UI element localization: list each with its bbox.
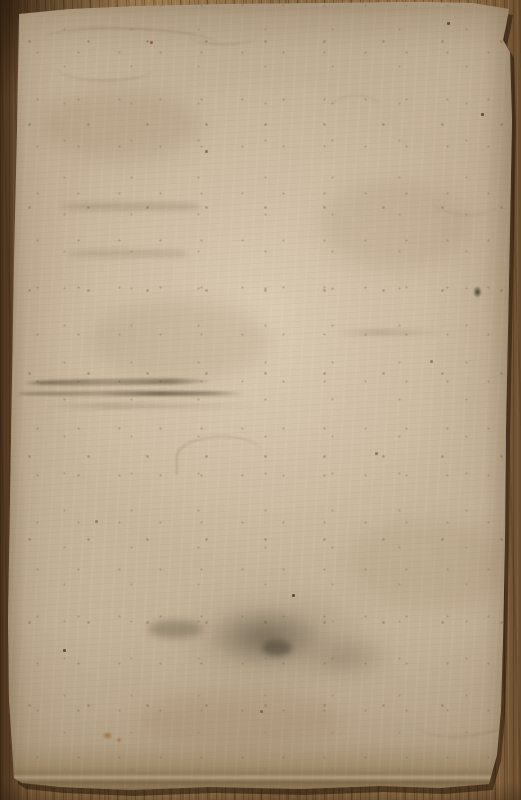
paper-sheet: [0, 0, 521, 800]
photo-of-blank-document: [0, 0, 521, 800]
paper-edge-vignette: [0, 0, 521, 800]
